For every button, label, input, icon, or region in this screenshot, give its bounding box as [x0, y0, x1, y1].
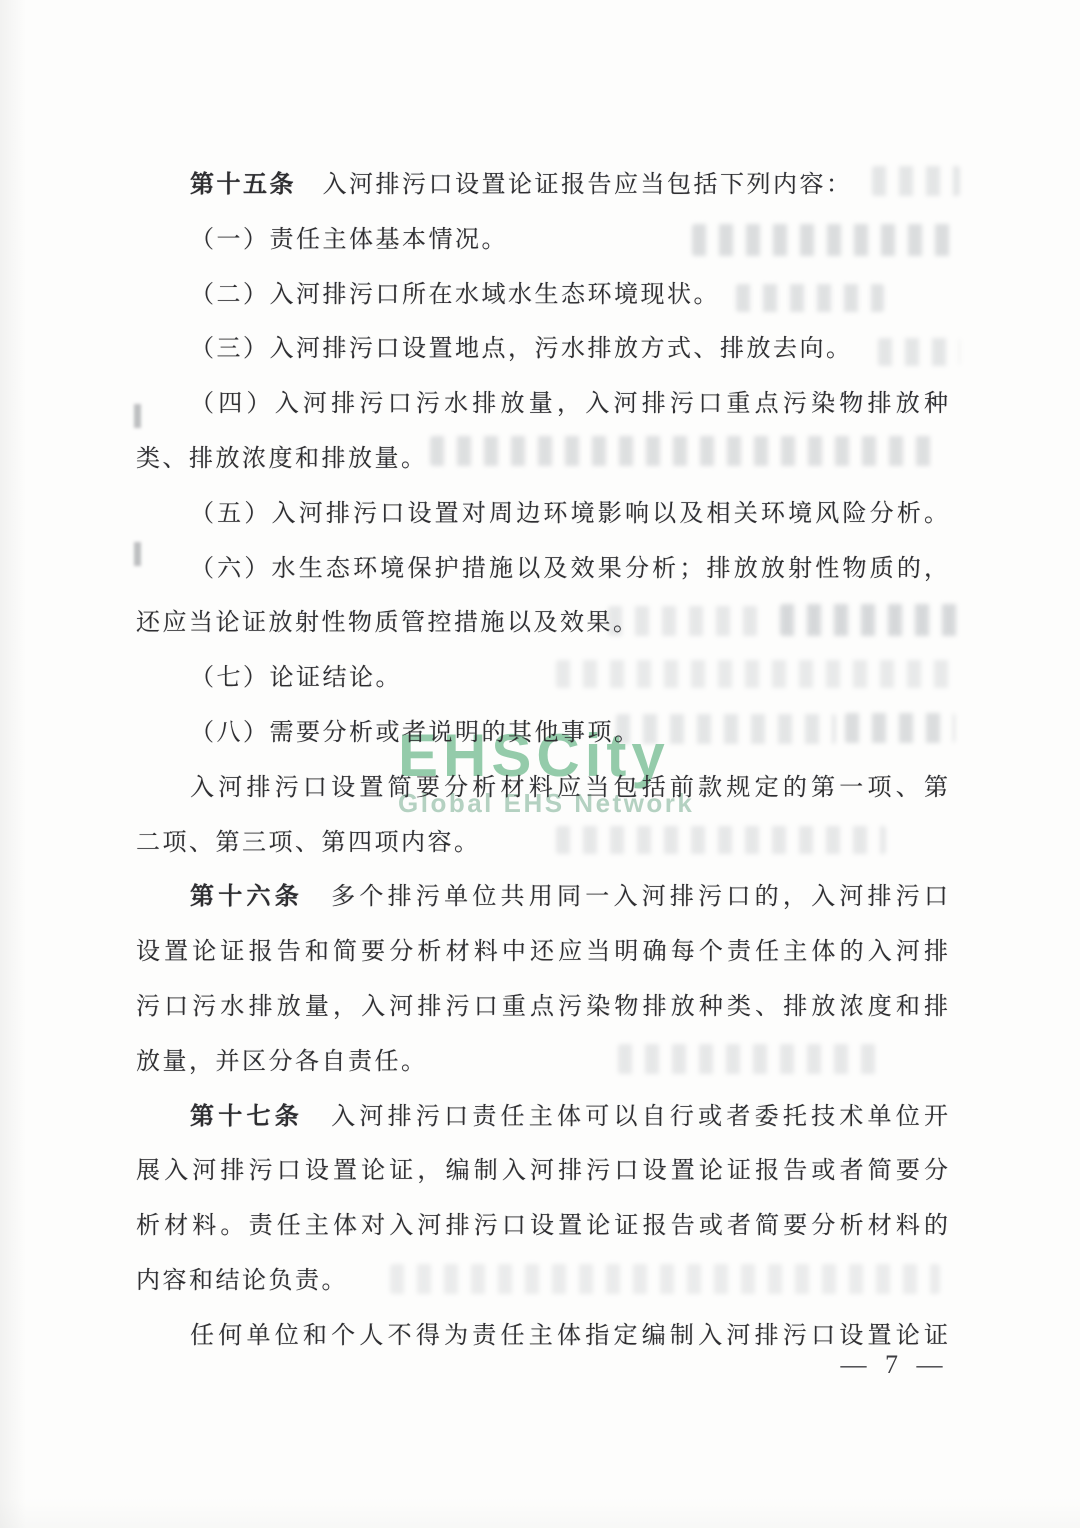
- line-text: 入河排污口责任主体可以自行或者委托技术单位开: [303, 1104, 948, 1130]
- text-line: 第十七条 入河排污口责任主体可以自行或者委托技术单位开: [136, 1090, 948, 1145]
- text-line: 析材料。责任主体对入河排污口设置论证报告或者简要分析材料的: [136, 1199, 948, 1254]
- text-line: 第十六条 多个排污单位共用同一入河排污口的，入河排污口: [136, 870, 948, 925]
- line-text: （六）水生态环境保护措施以及效果分析；排放放射性物质的，: [190, 556, 948, 582]
- line-text: （一）责任主体基本情况。: [190, 227, 508, 253]
- line-text: 入河排污口设置论证报告应当包括下列内容：: [296, 172, 853, 198]
- text-line: 放量，并区分各自责任。: [136, 1035, 948, 1090]
- line-text: （三）入河排污口设置地点，污水排放方式、排放去向。: [190, 336, 853, 362]
- text-line: 设置论证报告和简要分析材料中还应当明确每个责任主体的入河排: [136, 925, 948, 980]
- text-line: 二项、第三项、第四项内容。: [136, 816, 948, 871]
- line-text: 析材料。责任主体对入河排污口设置论证报告或者简要分析材料的: [136, 1213, 948, 1239]
- text-line: （八）需要分析或者说明的其他事项。: [136, 706, 948, 761]
- page-number: — 7 —: [812, 1350, 972, 1380]
- line-text: 污口污水排放量，入河排污口重点污染物排放种类、排放浓度和排: [136, 994, 948, 1020]
- line-text: 二项、第三项、第四项内容。: [136, 830, 481, 856]
- line-text: （二）入河排污口所在水域水生态环境现状。: [190, 282, 720, 308]
- line-text: （七）论证结论。: [190, 665, 402, 691]
- line-text: （八）需要分析或者说明的其他事项。: [190, 720, 641, 746]
- text-line: 第十五条 入河排污口设置论证报告应当包括下列内容：: [136, 158, 948, 213]
- article-number: 第十五条: [190, 172, 296, 198]
- text-line: 污口污水排放量，入河排污口重点污染物排放种类、排放浓度和排: [136, 980, 948, 1035]
- line-text: 放量，并区分各自责任。: [136, 1049, 428, 1075]
- text-line: （七）论证结论。: [136, 651, 948, 706]
- article-number: 第十六条: [190, 884, 303, 910]
- line-text: 展入河排污口设置论证，编制入河排污口设置论证报告或者简要分: [136, 1158, 948, 1184]
- text-line: 类、排放浓度和排放量。: [136, 432, 948, 487]
- article-number: 第十七条: [190, 1104, 303, 1130]
- text-line: （四）入河排污口污水排放量，入河排污口重点污染物排放种: [136, 377, 948, 432]
- scan-edge-shading-bottom: [0, 1498, 1080, 1528]
- text-line: （三）入河排污口设置地点，污水排放方式、排放去向。: [136, 322, 948, 377]
- line-text: （五）入河排污口设置对周边环境影响以及相关环境风险分析。: [190, 501, 948, 527]
- text-line: （二）入河排污口所在水域水生态环境现状。: [136, 268, 948, 323]
- scanned-document-page: EHSCity Global EHS Network 第十五条 入河排污口设置论…: [0, 0, 1080, 1528]
- line-text: 任何单位和个人不得为责任主体指定编制入河排污口设置论证: [190, 1323, 948, 1349]
- document-text: 第十五条 入河排污口设置论证报告应当包括下列内容：（一）责任主体基本情况。（二）…: [136, 158, 948, 1364]
- line-text: 多个排污单位共用同一入河排污口的，入河排污口: [303, 884, 948, 910]
- line-text: 内容和结论负责。: [136, 1268, 348, 1294]
- text-line: （一）责任主体基本情况。: [136, 213, 948, 268]
- line-text: 入河排污口设置简要分析材料应当包括前款规定的第一项、第: [190, 775, 948, 801]
- line-text: （四）入河排污口污水排放量，入河排污口重点污染物排放种: [190, 391, 948, 417]
- text-line: （六）水生态环境保护措施以及效果分析；排放放射性物质的，: [136, 542, 948, 597]
- text-line: 内容和结论负责。: [136, 1254, 948, 1309]
- text-line: 入河排污口设置简要分析材料应当包括前款规定的第一项、第: [136, 761, 948, 816]
- scan-edge-shading: [0, 0, 26, 1528]
- line-text: 设置论证报告和简要分析材料中还应当明确每个责任主体的入河排: [136, 939, 948, 965]
- text-line: （五）入河排污口设置对周边环境影响以及相关环境风险分析。: [136, 487, 948, 542]
- text-line: 还应当论证放射性物质管控措施以及效果。: [136, 596, 948, 651]
- line-text: 类、排放浓度和排放量。: [136, 446, 428, 472]
- line-text: 还应当论证放射性物质管控措施以及效果。: [136, 610, 640, 636]
- text-line: 展入河排污口设置论证，编制入河排污口设置论证报告或者简要分: [136, 1144, 948, 1199]
